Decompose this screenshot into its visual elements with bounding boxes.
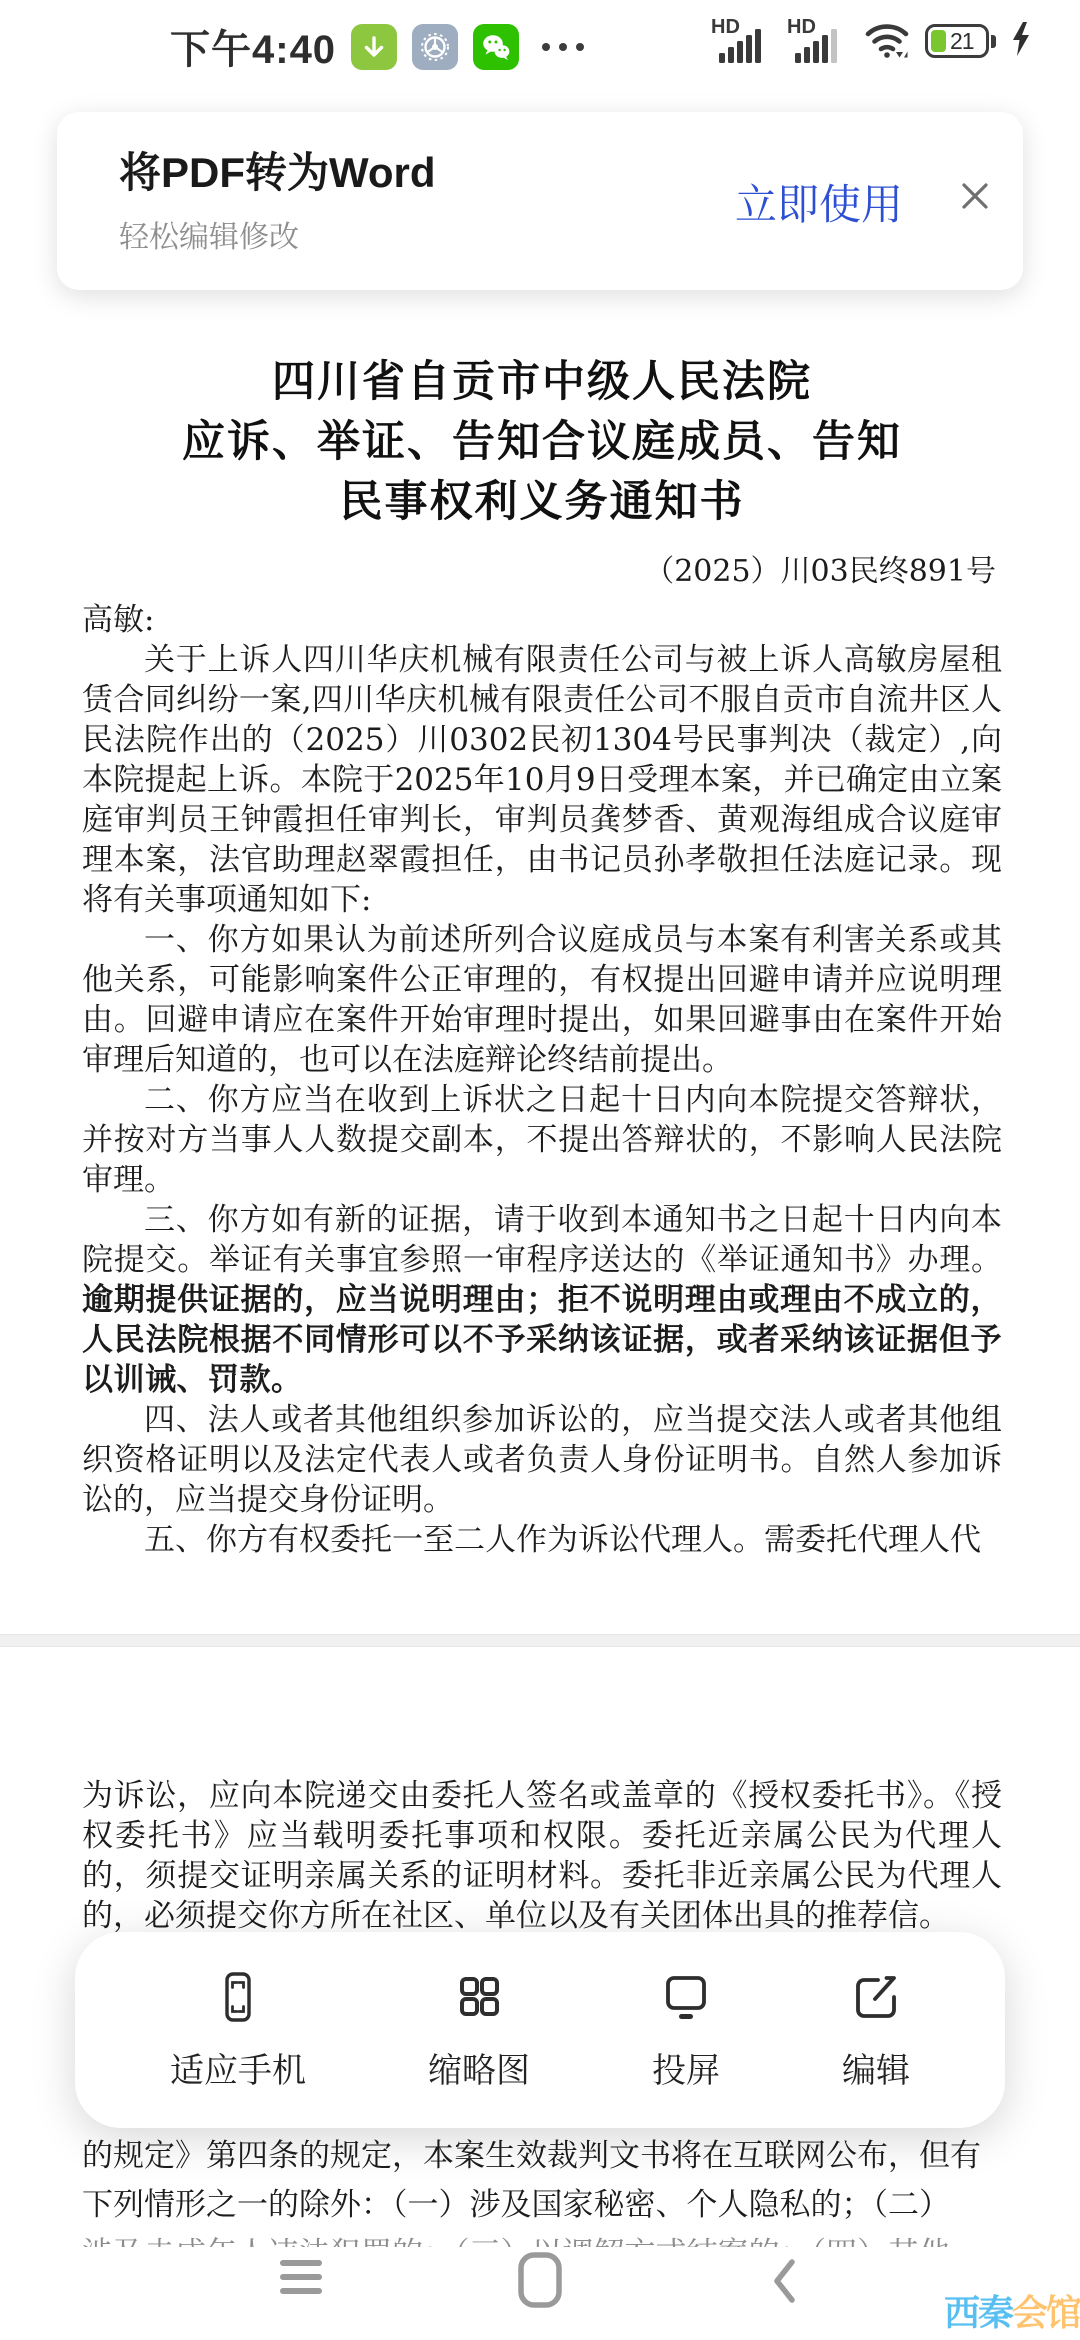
battery-fill	[931, 30, 946, 52]
watermark: 西秦会馆	[944, 2285, 1080, 2336]
document-title-line3: 民事权利义务通知书	[82, 472, 1002, 532]
status-bar-left: 下午4:40	[170, 18, 584, 75]
notice-item-5: 五、你方有权委托一至二人作为诉讼代理人。需委托代理人代	[82, 1520, 1002, 1560]
settings-notification-icon	[412, 24, 458, 70]
thumbnails-label: 缩略图	[428, 2043, 530, 2092]
cast-label: 投屏	[652, 2043, 720, 2092]
intro-paragraph: 关于上诉人四川华庆机械有限责任公司与被上诉人高敏房屋租赁合同纠纷一案,四川华庆机…	[82, 640, 1002, 920]
pdf-page-1[interactable]: 四川省自贡市中级人民法院 应诉、举证、告知合议庭成员、告知 民事权利义务通知书 …	[82, 352, 1002, 1560]
notice-item-3-bold: 逾期提供证据的，应当说明理由；拒不说明理由或理由不成立的，人民法院根据不同情形可…	[82, 1282, 1002, 1398]
document-title-line2: 应诉、举证、告知合议庭成员、告知	[82, 412, 1002, 472]
signal-sim2-icon: HD	[787, 16, 849, 66]
home-button[interactable]	[516, 2250, 564, 2315]
wifi-icon	[863, 18, 911, 65]
pdf-to-word-banner: 将PDF转为Word 轻松编辑修改 立即使用	[57, 112, 1023, 290]
pdf-page-2[interactable]: 为诉讼，应向本院递交由委托人签名或盖章的《授权委托书》。《授权委托书》应当载明委…	[82, 1776, 1002, 1936]
footer-line-2: 下列情形之一的除外：（一）涉及国家秘密、个人隐私的；（二）	[82, 2181, 1002, 2230]
salutation: 高敏:	[82, 600, 1002, 640]
footer-line-1: 的规定》第四条的规定，本案生效裁判文书将在互联网公布，但有	[82, 2132, 1002, 2181]
page-separator	[0, 1634, 1080, 1647]
edit-pencil-icon	[848, 1969, 904, 2030]
edit-button[interactable]: 编辑	[842, 1969, 910, 2092]
signal-sim1-icon: HD	[711, 16, 773, 66]
fit-phone-label: 适应手机	[170, 2043, 306, 2092]
battery-percent: 21	[950, 28, 974, 55]
status-bar: 下午4:40	[0, 0, 1080, 88]
case-number: （2025）川03民终891号	[82, 546, 1002, 590]
fit-phone-button[interactable]: 适应手机	[170, 1969, 306, 2092]
cast-screen-icon	[658, 1969, 714, 2030]
clock: 下午4:40	[170, 18, 336, 75]
phone-screen: 下午4:40	[0, 0, 1080, 2340]
use-now-button[interactable]: 立即使用	[735, 172, 903, 232]
thumbnails-button[interactable]: 缩略图	[428, 1969, 530, 2092]
wechat-notification-icon	[473, 24, 519, 70]
watermark-part1: 西秦	[944, 2292, 1012, 2333]
back-button[interactable]	[768, 2253, 800, 2314]
footer-partial-line: 涉及未成年人违法犯罪的；（三）以调解方式结案的；（四）其他	[82, 2230, 1002, 2247]
banner-subtitle: 轻松编辑修改	[119, 212, 299, 256]
watermark-part2: 会馆	[1012, 2292, 1080, 2333]
notice-item-3-lead: 三、你方如有新的证据，请于收到本通知书之日起十日内向本院提交。举证有关事宜参照一…	[82, 1202, 1002, 1278]
cast-button[interactable]: 投屏	[652, 1969, 720, 2092]
pdf-page-2-lower: 的规定》第四条的规定，本案生效裁判文书将在互联网公布，但有 下列情形之一的除外：…	[82, 2132, 1002, 2247]
notice-item-2: 二、你方应当在收到上诉状之日起十日内向本院提交答辩状，并按对方当事人人数提交副本…	[82, 1080, 1002, 1200]
charging-bolt-icon	[1010, 21, 1032, 62]
page2-paragraph: 为诉讼，应向本院递交由委托人签名或盖章的《授权委托书》。《授权委托书》应当载明委…	[82, 1776, 1002, 1936]
battery-icon: 21	[925, 24, 996, 58]
notice-item-3: 三、你方如有新的证据，请于收到本通知书之日起十日内向本院提交。举证有关事宜参照一…	[82, 1200, 1002, 1400]
more-notifications-icon	[542, 43, 584, 51]
recents-menu-button[interactable]	[280, 2260, 322, 2294]
notice-item-4: 四、法人或者其他组织参加诉讼的，应当提交法人或者其他组织资格证明以及法定代表人或…	[82, 1400, 1002, 1520]
reader-toolbar: 适应手机 缩略图 投屏	[75, 1932, 1005, 2128]
thumbnails-grid-icon	[451, 1969, 507, 2030]
notice-item-1: 一、你方如果认为前述所列合议庭成员与本案有利害关系或其他关系，可能影响案件公正审…	[82, 920, 1002, 1080]
edit-label: 编辑	[842, 2043, 910, 2092]
fit-phone-icon	[210, 1969, 266, 2030]
system-nav-bar	[0, 2248, 1080, 2340]
document-title-line1: 四川省自贡市中级人民法院	[82, 352, 1002, 412]
status-bar-right: HD HD 21	[711, 16, 1032, 66]
download-notification-icon	[351, 24, 397, 70]
close-banner-button[interactable]	[953, 174, 997, 218]
banner-title: 将PDF转为Word	[119, 140, 436, 200]
